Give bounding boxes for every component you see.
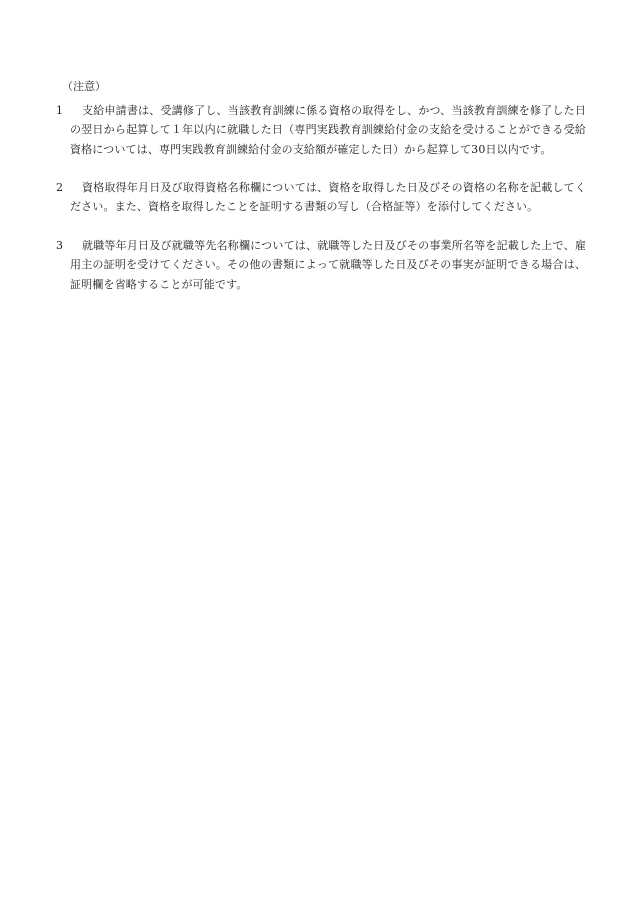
note-number: 3 (56, 236, 70, 255)
note-number: 1 (56, 101, 70, 120)
note-item: 2 資格取得年月日及び取得資格名称欄については、資格を取得した日及びその資格の名… (56, 178, 586, 217)
notes-heading: （注意） (62, 79, 106, 95)
document-page: （注意） 1 支給申請書は、受講修了し、当該教育訓練に係る資格の取得をし、かつ、… (0, 0, 630, 903)
note-text: 就職等年月日及び就職等先名称欄については、就職等した日及びその事業所名等を記載し… (70, 236, 586, 294)
note-item: 3 就職等年月日及び就職等先名称欄については、就職等した日及びその事業所名等を記… (56, 236, 586, 294)
note-number: 2 (56, 178, 70, 197)
note-item: 1 支給申請書は、受講修了し、当該教育訓練に係る資格の取得をし、かつ、当該教育訓… (56, 101, 586, 159)
note-text: 支給申請書は、受講修了し、当該教育訓練に係る資格の取得をし、かつ、当該教育訓練を… (70, 101, 586, 159)
note-text: 資格取得年月日及び取得資格名称欄については、資格を取得した日及びその資格の名称を… (70, 178, 586, 217)
